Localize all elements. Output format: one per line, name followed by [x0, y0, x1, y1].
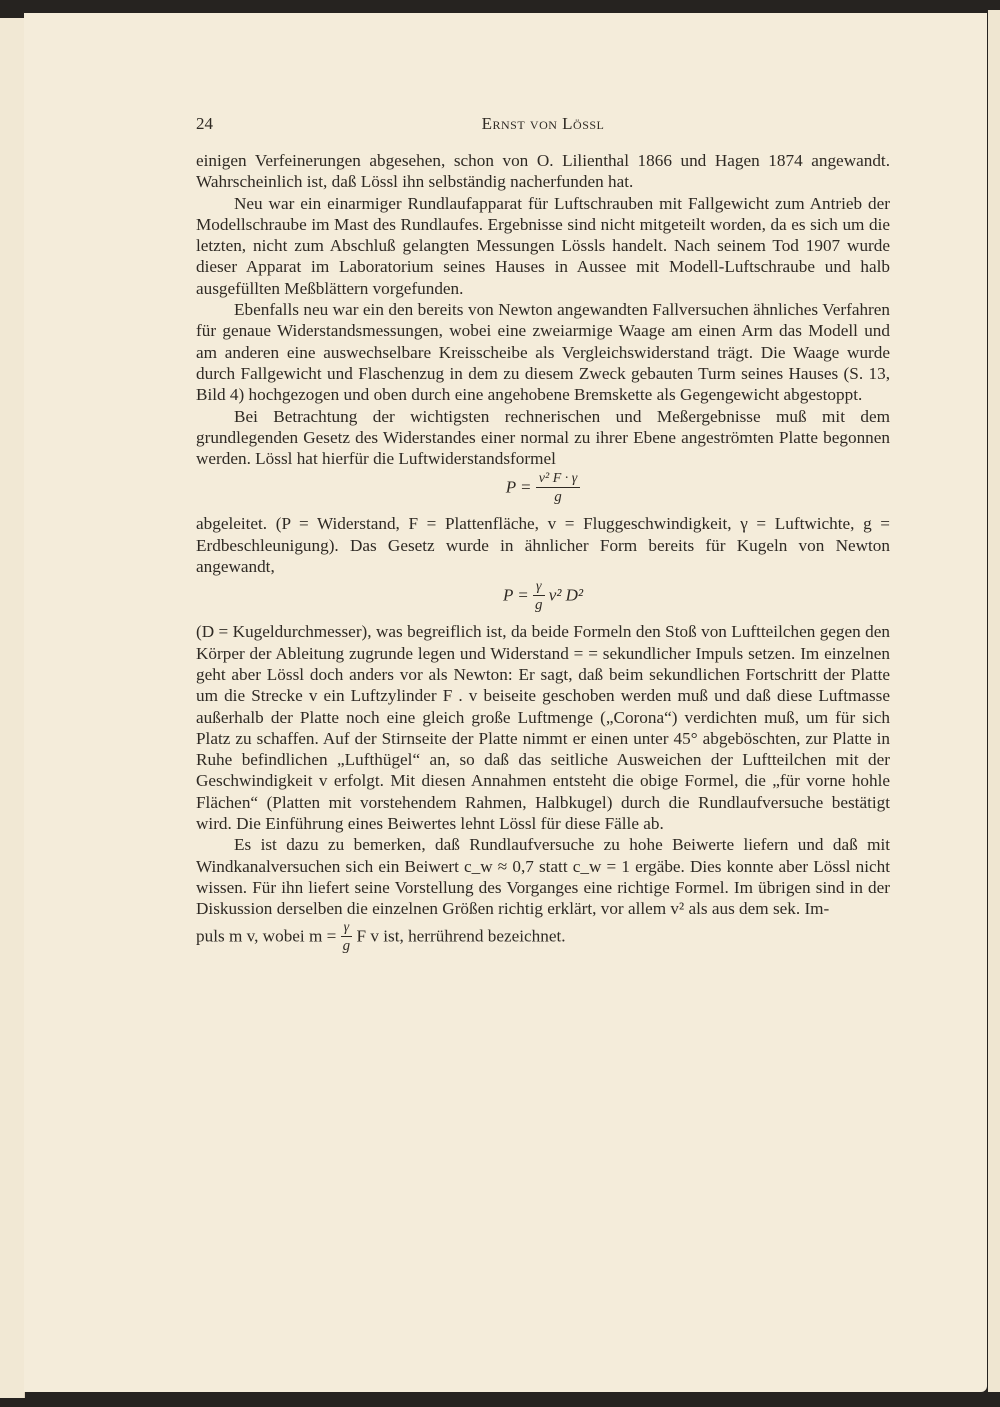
inline-fraction-denominator: g	[341, 937, 353, 955]
formula-denominator: g	[536, 488, 580, 506]
inline-fraction: γ g	[341, 920, 353, 955]
formula-resistance-plate: P = v² F · γ g	[196, 471, 890, 509]
paragraph-2: Neu war ein einarmiger Rundlaufapparat f…	[196, 193, 890, 299]
paragraph-1: einigen Verfeinerungen abgesehen, schon …	[196, 150, 890, 193]
adjacent-page-edge	[0, 18, 25, 1398]
inline-fraction-numerator: γ	[341, 920, 353, 937]
paragraph-6: (D = Kugeldurchmesser), was begreiflich …	[196, 621, 890, 834]
running-head: 24 Ernst von Lössl	[196, 114, 890, 134]
formula-resistance-sphere: P = γ g v² D²	[196, 579, 890, 617]
formula-numerator: v² F · γ	[536, 471, 580, 488]
paragraph-5: abgeleitet. (P = Widerstand, F = Platten…	[196, 513, 890, 577]
paragraph-8-prefix: puls m v, wobei m =	[196, 926, 336, 945]
formula-lhs: P =	[503, 586, 529, 605]
formula-lhs: P =	[506, 478, 532, 497]
formula-rest: v² D²	[549, 586, 583, 605]
running-head-title: Ernst von Lössl	[196, 114, 890, 134]
body-text: einigen Verfeinerungen abgesehen, schon …	[196, 150, 890, 955]
formula-denominator: g	[533, 596, 545, 614]
paragraph-8-suffix: F v ist, herrührend bezeichnet.	[356, 926, 565, 945]
page-edge-right	[988, 10, 1000, 1392]
formula-numerator: γ	[533, 579, 545, 596]
paragraph-3: Ebenfalls neu war ein den bereits von Ne…	[196, 299, 890, 405]
formula-fraction: v² F · γ g	[536, 471, 580, 506]
paragraph-7: Es ist dazu zu bemerken, daß Rundlaufver…	[196, 834, 890, 919]
paragraph-8: puls m v, wobei m = γ g F v ist, herrühr…	[196, 920, 890, 955]
paragraph-4: Bei Betrachtung der wichtigsten rechneri…	[196, 406, 890, 470]
formula-fraction: γ g	[533, 579, 545, 614]
